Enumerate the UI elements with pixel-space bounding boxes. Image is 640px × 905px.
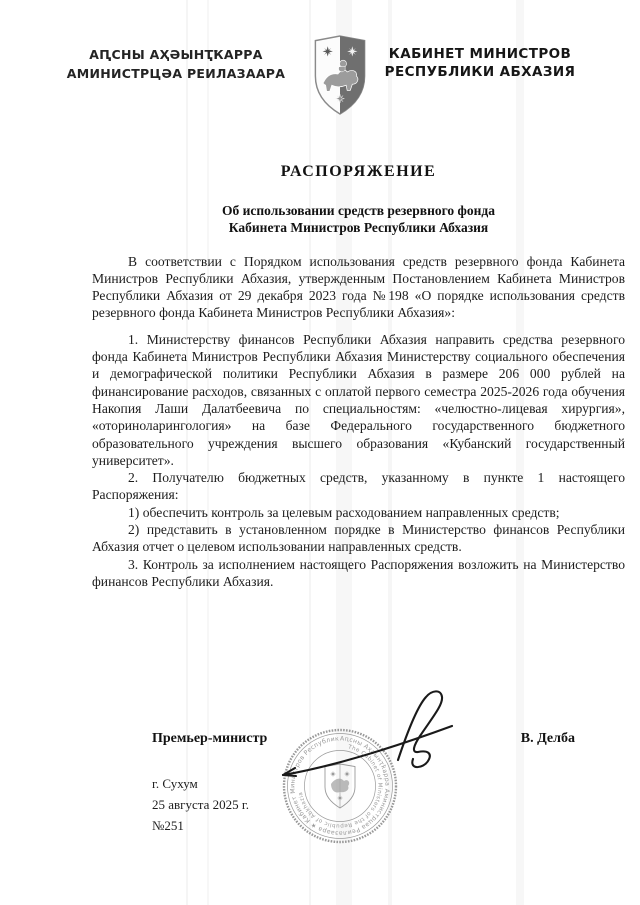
paragraph-preamble: В соответствии с Порядком использования … bbox=[92, 253, 625, 322]
document-subject: Об использовании средств резервного фонд… bbox=[92, 202, 625, 237]
coat-of-arms-icon bbox=[311, 35, 369, 115]
letterhead-abkhaz-line1: АԤСНЫ АҲӘЫНҬҞАРРА bbox=[52, 46, 300, 65]
letterhead-russian-line1: КАБИНЕТ МИНИСТРОВ bbox=[368, 46, 592, 64]
signer-name: В. Делба bbox=[521, 731, 575, 747]
letterhead-russian-line2: РЕСПУБЛИКИ АБХАЗИЯ bbox=[368, 64, 592, 82]
letterhead-russian: КАБИНЕТ МИНИСТРОВ РЕСПУБЛИКИ АБХАЗИЯ bbox=[368, 46, 592, 81]
issue-number: №251 bbox=[152, 815, 249, 836]
document-page: АԤСНЫ АҲӘЫНҬҞАРРА АМИНИСТРЦӘА РЕИЛАЗААРА… bbox=[0, 0, 640, 905]
document-content: РАСПОРЯЖЕНИЕ Об использовании средств ре… bbox=[92, 163, 625, 590]
paragraph-item-1: 1. Министерству финансов Республики Абха… bbox=[92, 331, 625, 469]
subject-line2: Кабинета Министров Республики Абхазия bbox=[229, 220, 488, 235]
signer-role: Премьер-министр bbox=[152, 731, 267, 747]
letterhead-abkhaz: АԤСНЫ АҲӘЫНҬҞАРРА АМИНИСТРЦӘА РЕИЛАЗААРА bbox=[52, 46, 300, 83]
handwritten-signature bbox=[270, 684, 470, 794]
paragraph-item-2: 2. Получателю бюджетных средств, указанн… bbox=[92, 469, 625, 504]
issue-details: г. Сухум 25 августа 2025 г. №251 bbox=[152, 773, 249, 836]
paragraph-item-2-1: 1) обеспечить контроль за целевым расход… bbox=[92, 504, 625, 521]
subject-line1: Об использовании средств резервного фонд… bbox=[222, 203, 495, 218]
issue-city: г. Сухум bbox=[152, 773, 249, 794]
issue-date: 25 августа 2025 г. bbox=[152, 794, 249, 815]
document-type-title: РАСПОРЯЖЕНИЕ bbox=[92, 163, 625, 181]
paragraph-item-2-2: 2) представить в установленном порядке в… bbox=[92, 521, 625, 556]
letterhead-abkhaz-line2: АМИНИСТРЦӘА РЕИЛАЗААРА bbox=[52, 65, 300, 84]
paragraph-item-3: 3. Контроль за исполнением настоящего Ра… bbox=[92, 556, 625, 591]
